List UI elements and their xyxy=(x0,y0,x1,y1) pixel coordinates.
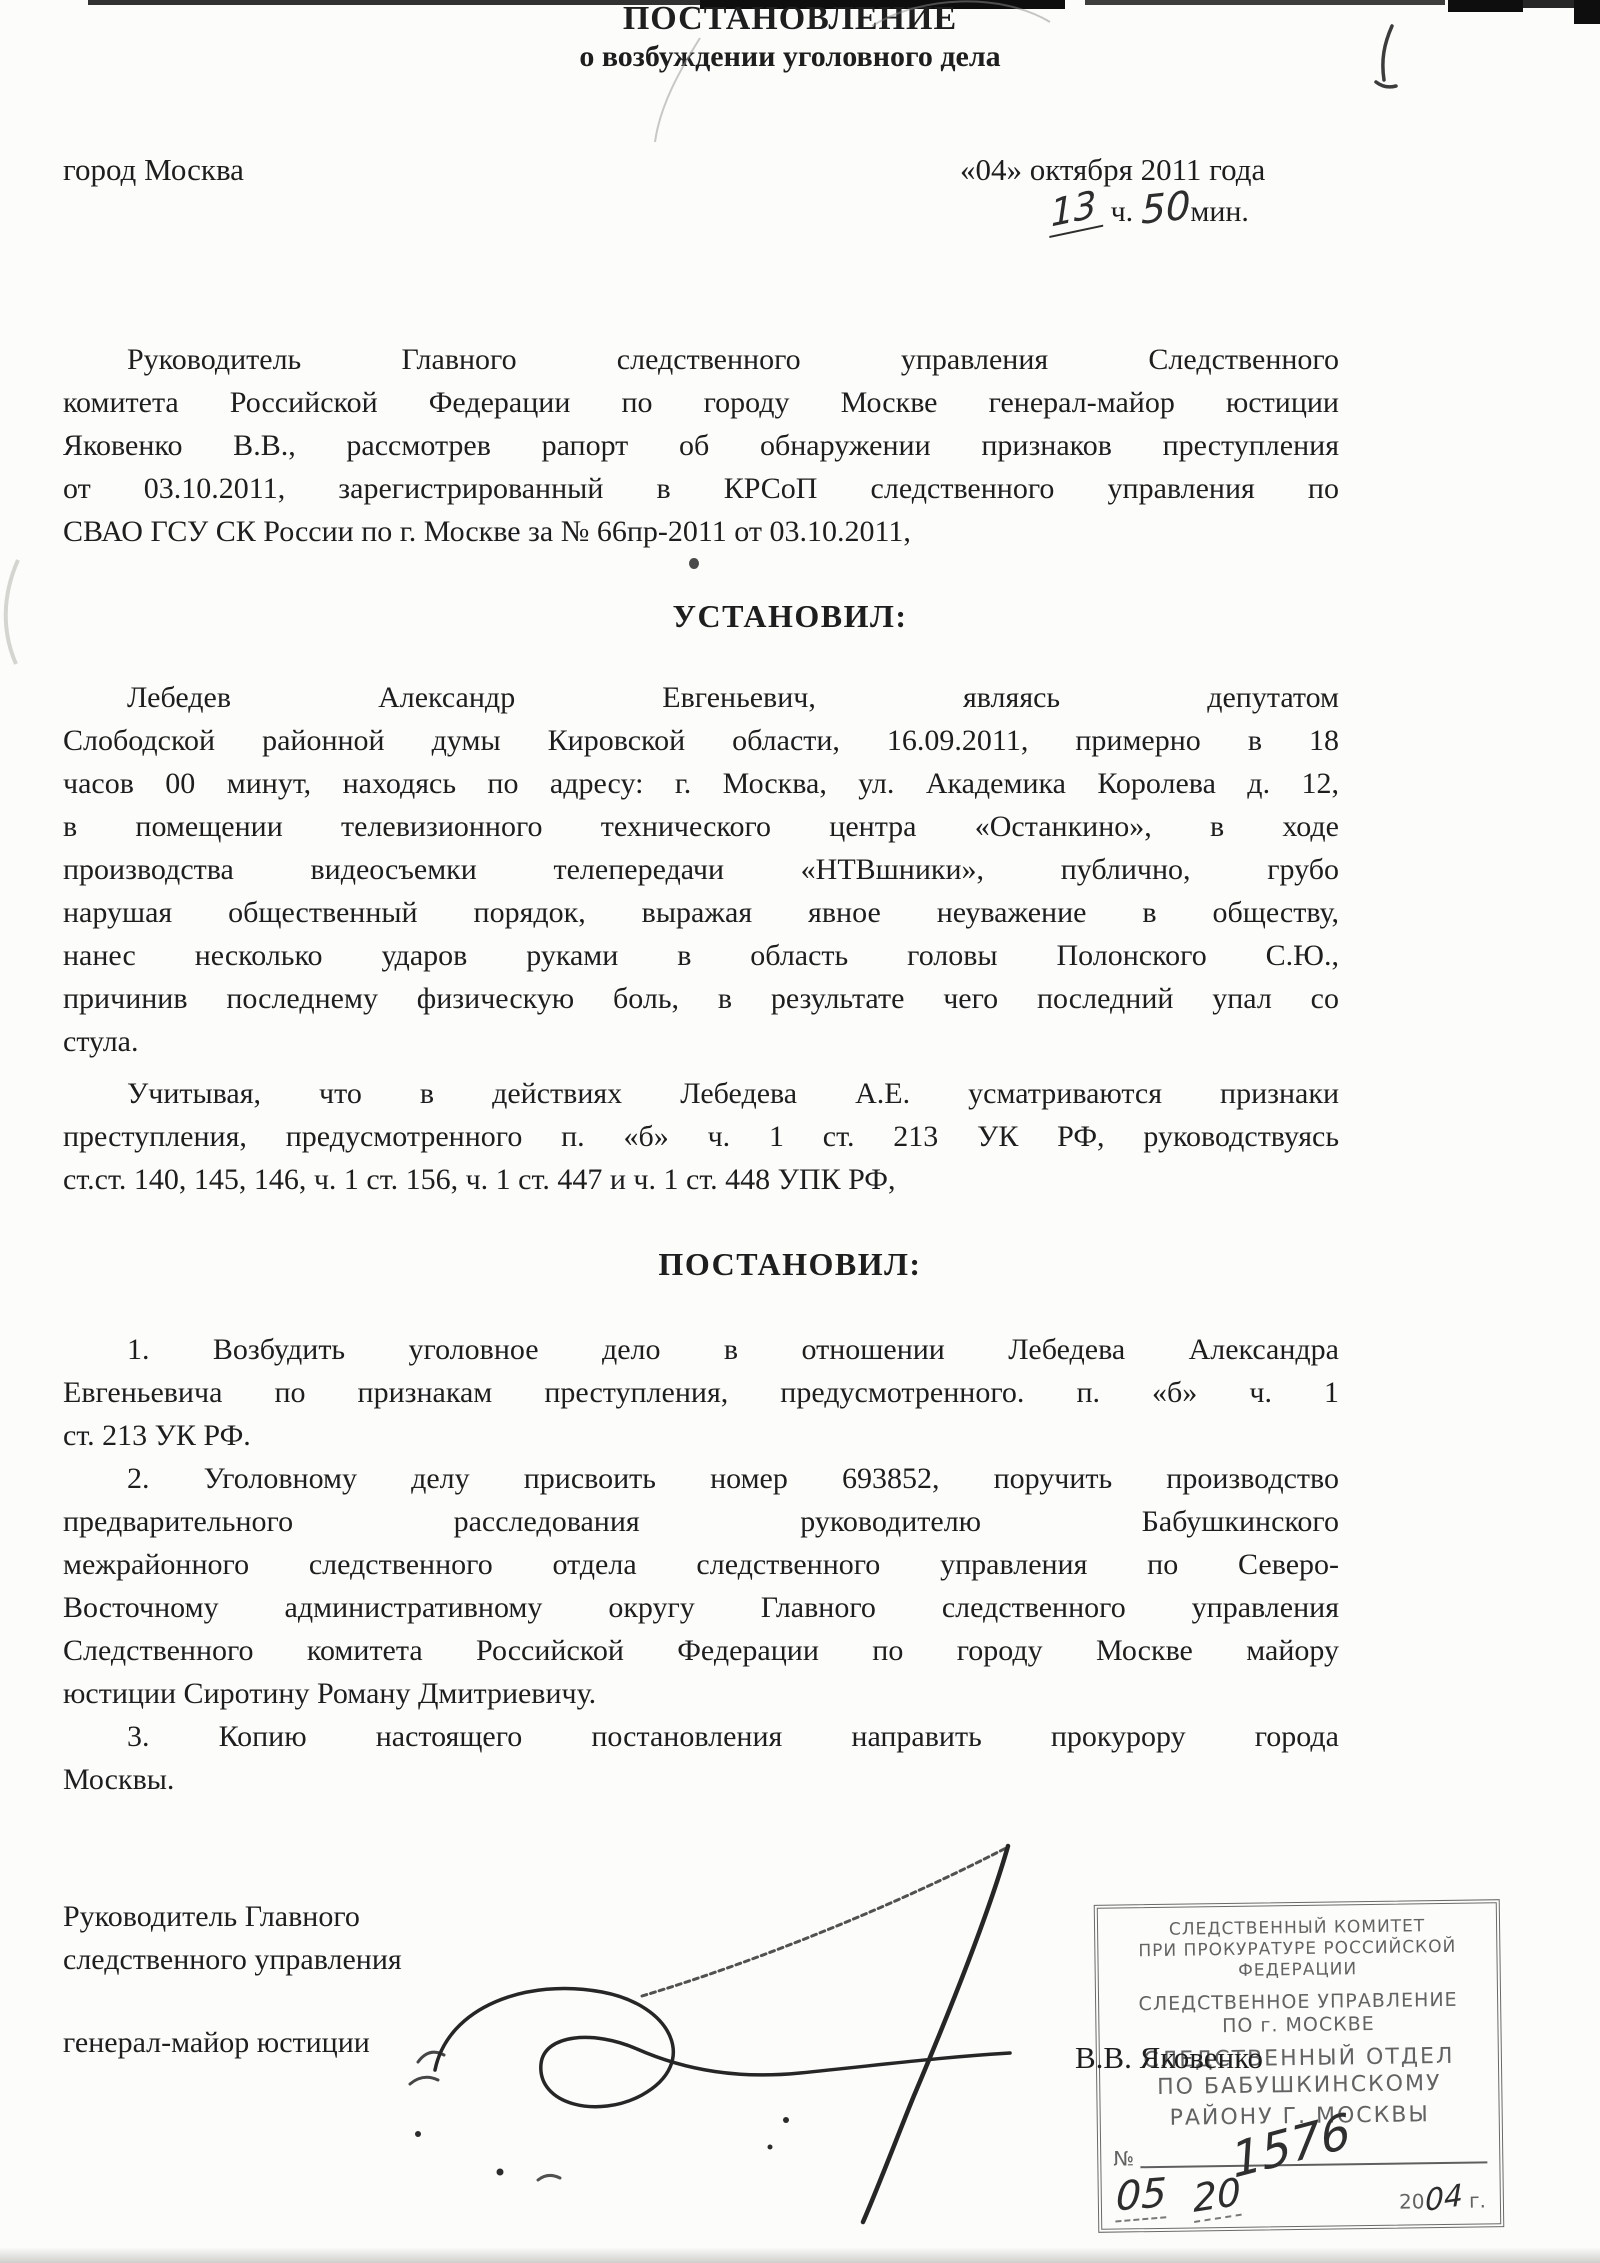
scanned-document-page: ПОСТАНОВЛЕНИЕ о возбуждении уголовного д… xyxy=(0,0,1600,2263)
text-line: СВАО ГСУ СК России по г. Москве за № 66п… xyxy=(63,510,1339,553)
text-line: ст. 213 УК РФ. xyxy=(63,1414,1339,1457)
stamp-number-line: 1576 xyxy=(1140,2135,1488,2168)
stamp-number-sign: № xyxy=(1113,2148,1134,2168)
section-heading-ustanovil: УСТАНОВИЛ: xyxy=(0,598,1580,635)
text-line: 3. Копию настоящего постановления направ… xyxy=(63,1715,1339,1758)
text-line: межрайонного следственного отдела следст… xyxy=(63,1543,1339,1586)
text-line: нарушая общественный порядок, выражая яв… xyxy=(63,891,1339,934)
text-line: нанес несколько ударов руками в область … xyxy=(63,934,1339,977)
text-line: преступления, предусмотренного п. «б» ч.… xyxy=(63,1115,1339,1158)
handwritten-stamp-month: 20 xyxy=(1192,2169,1242,2223)
document-header: ПОСТАНОВЛЕНИЕ о возбуждении уголовного д… xyxy=(0,0,1580,74)
hours-unit-label: ч. xyxy=(1111,195,1134,228)
text-line: часов 00 минут, находясь по адресу: г. М… xyxy=(63,762,1339,805)
intro-paragraph: Руководитель Главного следственного упра… xyxy=(63,338,1339,553)
handwritten-stamp-year: 04 xyxy=(1424,2178,1462,2219)
stamp-year: 2004 г. xyxy=(1399,2180,1486,2216)
signer-rank: генерал-майор юстиции xyxy=(63,2026,370,2060)
ink-dot-artifact xyxy=(689,558,699,569)
handwritten-signature xyxy=(380,1820,1060,2263)
handwritten-stamp-day: 05 xyxy=(1115,2170,1167,2223)
text-line: Учитывая, что в действиях Лебедева А.Е. … xyxy=(63,1072,1339,1115)
minutes-unit-label: мин. xyxy=(1190,195,1249,228)
document-title: ПОСТАНОВЛЕНИЕ xyxy=(0,0,1580,38)
text-line: причинив последнему физическую боль, в р… xyxy=(63,977,1339,1020)
text-line: Евгеньевича по признакам преступления, п… xyxy=(63,1371,1339,1414)
text-line: в помещении телевизионного технического … xyxy=(63,805,1339,848)
date-line: «04» октября 2011 года xyxy=(960,152,1380,188)
text-line: комитета Российской Федерации по городу … xyxy=(63,381,1339,424)
text-line: предварительного расследования руководит… xyxy=(63,1500,1339,1543)
city-label: город Москва xyxy=(63,152,244,188)
facts-paragraph-1: Лебедев Александр Евгеньевич, являясь де… xyxy=(63,676,1339,1063)
signer-position-line2: следственного управления xyxy=(63,1938,402,1981)
handwritten-minutes: 50 xyxy=(1141,183,1190,233)
document-subtitle: о возбуждении уголовного дела xyxy=(0,40,1580,74)
text-line: Восточному административному округу Глав… xyxy=(63,1586,1339,1629)
text-line: Следственного комитета Российской Федера… xyxy=(63,1629,1339,1672)
text-line: 2. Уголовному делу присвоить номер 69385… xyxy=(63,1457,1339,1500)
handwritten-hours: 13 xyxy=(1048,181,1103,238)
text-line: 1. Возбудить уголовное дело в отношении … xyxy=(63,1328,1339,1371)
text-line: ст.ст. 140, 145, 146, ч. 1 ст. 156, ч. 1… xyxy=(63,1158,1339,1201)
stamp-number-row: № 1576 xyxy=(1109,2135,1491,2168)
text-line: Москвы. xyxy=(63,1758,1339,1801)
text-line: Яковенко В.В., рассмотрев рапорт об обна… xyxy=(63,424,1339,467)
signer-name: В.В. Яковенко xyxy=(1075,2040,1263,2076)
time-line: 13 ч. 50мин. xyxy=(1048,186,1378,232)
stamp-year-prefix: 20 xyxy=(1399,2189,1425,2213)
text-line: юстиции Сиротину Роману Дмитриевичу. xyxy=(63,1672,1339,1715)
text-line: производства видеосъемки телепередачи «Н… xyxy=(63,848,1339,891)
signer-position: Руководитель Главного следственного упра… xyxy=(63,1895,402,1981)
stamp-year-suffix: г. xyxy=(1469,2188,1486,2212)
section-heading-postanovil: ПОСТАНОВИЛ: xyxy=(0,1246,1580,1283)
text-line: Руководитель Главного следственного упра… xyxy=(63,338,1339,381)
facts-paragraph-2: Учитывая, что в действиях Лебедева А.Е. … xyxy=(63,1072,1339,1201)
signer-position-line1: Руководитель Главного xyxy=(63,1895,402,1938)
text-line: от 03.10.2011, зарегистрированный в КРСо… xyxy=(63,467,1339,510)
text-line: стула. xyxy=(63,1020,1339,1063)
text-line: Слободской районной думы Кировской облас… xyxy=(63,719,1339,762)
text-line: Лебедев Александр Евгеньевич, являясь де… xyxy=(63,676,1339,719)
orders-list: 1. Возбудить уголовное дело в отношении … xyxy=(63,1328,1339,1801)
